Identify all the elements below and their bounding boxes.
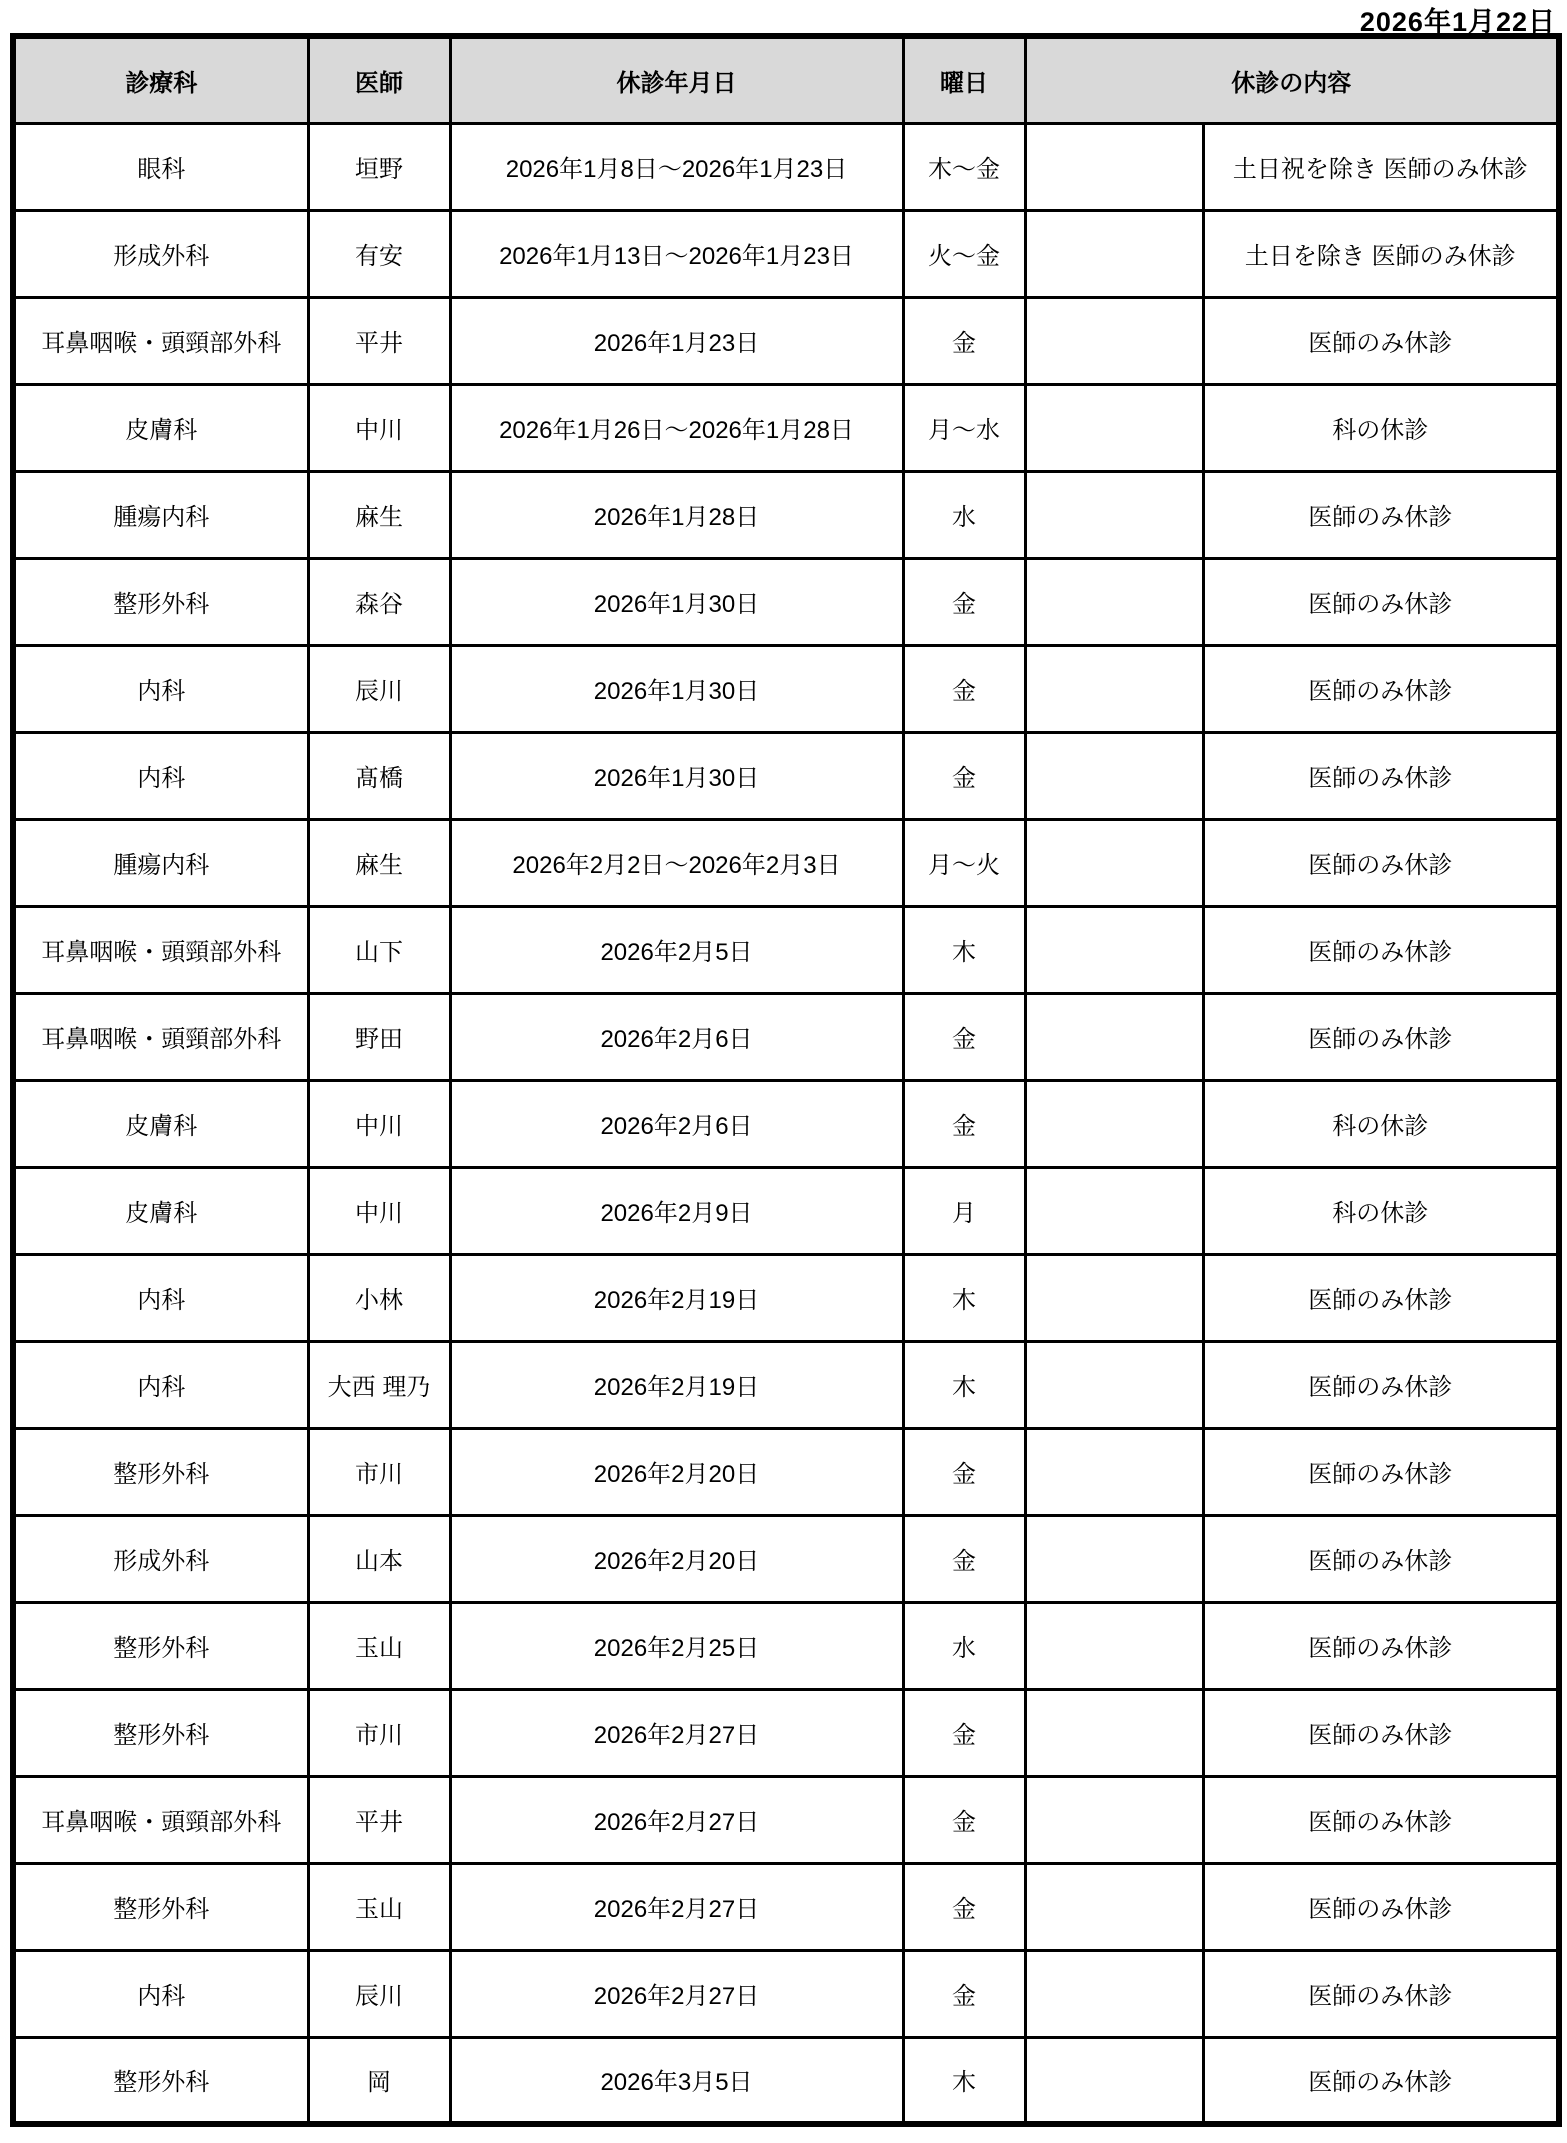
details-spacer-cell bbox=[1025, 1080, 1203, 1167]
department-cell: 皮膚科 bbox=[13, 1167, 308, 1254]
day-of-week-cell: 金 bbox=[903, 1863, 1025, 1950]
table-row: 皮膚科 中川 2026年2月6日 金 科の休診 bbox=[13, 1080, 1559, 1167]
day-of-week-cell: 月～火 bbox=[903, 819, 1025, 906]
details-spacer-cell bbox=[1025, 2037, 1203, 2124]
department-cell: 整形外科 bbox=[13, 1863, 308, 1950]
details-cell: 医師のみ休診 bbox=[1203, 1602, 1559, 1689]
closure-date-cell: 2026年2月9日 bbox=[450, 1167, 903, 1254]
doctor-cell: 平井 bbox=[308, 1776, 450, 1863]
details-spacer-cell bbox=[1025, 210, 1203, 297]
table-body: 眼科 垣野 2026年1月8日～2026年1月23日 木～金 土日祝を除き 医師… bbox=[13, 123, 1559, 2124]
doctor-cell: 平井 bbox=[308, 297, 450, 384]
details-spacer-cell bbox=[1025, 1689, 1203, 1776]
doctor-cell: 小林 bbox=[308, 1254, 450, 1341]
details-cell: 医師のみ休診 bbox=[1203, 732, 1559, 819]
day-of-week-cell: 水 bbox=[903, 471, 1025, 558]
closure-date-cell: 2026年2月27日 bbox=[450, 1950, 903, 2037]
department-cell: 整形外科 bbox=[13, 1689, 308, 1776]
details-cell: 医師のみ休診 bbox=[1203, 1776, 1559, 1863]
details-spacer-cell bbox=[1025, 732, 1203, 819]
details-spacer-cell bbox=[1025, 1863, 1203, 1950]
doctor-cell: 中川 bbox=[308, 384, 450, 471]
table-row: 整形外科 市川 2026年2月20日 金 医師のみ休診 bbox=[13, 1428, 1559, 1515]
header-doctor: 医師 bbox=[308, 36, 450, 123]
closure-date-cell: 2026年2月27日 bbox=[450, 1689, 903, 1776]
details-cell: 医師のみ休診 bbox=[1203, 1950, 1559, 2037]
day-of-week-cell: 火～金 bbox=[903, 210, 1025, 297]
closure-date-cell: 2026年1月13日～2026年1月23日 bbox=[450, 210, 903, 297]
table-row: 腫瘍内科 麻生 2026年2月2日～2026年2月3日 月～火 医師のみ休診 bbox=[13, 819, 1559, 906]
doctor-cell: 麻生 bbox=[308, 819, 450, 906]
closure-date-cell: 2026年1月30日 bbox=[450, 645, 903, 732]
table-row: 整形外科 森谷 2026年1月30日 金 医師のみ休診 bbox=[13, 558, 1559, 645]
table-row: 整形外科 玉山 2026年2月25日 水 医師のみ休診 bbox=[13, 1602, 1559, 1689]
details-cell: 医師のみ休診 bbox=[1203, 471, 1559, 558]
day-of-week-cell: 金 bbox=[903, 1950, 1025, 2037]
closure-date-cell: 2026年1月30日 bbox=[450, 732, 903, 819]
details-spacer-cell bbox=[1025, 384, 1203, 471]
details-cell: 土日を除き 医師のみ休診 bbox=[1203, 210, 1559, 297]
doctor-cell: 玉山 bbox=[308, 1602, 450, 1689]
day-of-week-cell: 木～金 bbox=[903, 123, 1025, 210]
table-row: 形成外科 山本 2026年2月20日 金 医師のみ休診 bbox=[13, 1515, 1559, 1602]
details-cell: 医師のみ休診 bbox=[1203, 1515, 1559, 1602]
details-cell: 医師のみ休診 bbox=[1203, 1341, 1559, 1428]
table-row: 内科 小林 2026年2月19日 木 医師のみ休診 bbox=[13, 1254, 1559, 1341]
closure-date-cell: 2026年1月8日～2026年1月23日 bbox=[450, 123, 903, 210]
doctor-cell: 野田 bbox=[308, 993, 450, 1080]
details-spacer-cell bbox=[1025, 123, 1203, 210]
details-spacer-cell bbox=[1025, 1341, 1203, 1428]
day-of-week-cell: 水 bbox=[903, 1602, 1025, 1689]
day-of-week-cell: 金 bbox=[903, 297, 1025, 384]
details-cell: 医師のみ休診 bbox=[1203, 906, 1559, 993]
details-spacer-cell bbox=[1025, 297, 1203, 384]
table-row: 耳鼻咽喉・頭頸部外科 平井 2026年1月23日 金 医師のみ休診 bbox=[13, 297, 1559, 384]
closure-date-cell: 2026年2月6日 bbox=[450, 993, 903, 1080]
closure-date-cell: 2026年3月5日 bbox=[450, 2037, 903, 2124]
day-of-week-cell: 金 bbox=[903, 558, 1025, 645]
closure-date-cell: 2026年1月23日 bbox=[450, 297, 903, 384]
doctor-cell: 玉山 bbox=[308, 1863, 450, 1950]
day-of-week-cell: 金 bbox=[903, 1689, 1025, 1776]
details-cell: 医師のみ休診 bbox=[1203, 1428, 1559, 1515]
header-department: 診療科 bbox=[13, 36, 308, 123]
details-spacer-cell bbox=[1025, 906, 1203, 993]
doctor-cell: 岡 bbox=[308, 2037, 450, 2124]
table-row: 内科 大西 理乃 2026年2月19日 木 医師のみ休診 bbox=[13, 1341, 1559, 1428]
table-row: 皮膚科 中川 2026年1月26日～2026年1月28日 月～水 科の休診 bbox=[13, 384, 1559, 471]
details-cell: 科の休診 bbox=[1203, 1080, 1559, 1167]
department-cell: 整形外科 bbox=[13, 2037, 308, 2124]
department-cell: 内科 bbox=[13, 645, 308, 732]
header-row: 診療科 医師 休診年月日 曜日 休診の内容 bbox=[13, 36, 1559, 123]
day-of-week-cell: 金 bbox=[903, 645, 1025, 732]
day-of-week-cell: 月～水 bbox=[903, 384, 1025, 471]
department-cell: 内科 bbox=[13, 1950, 308, 2037]
details-cell: 医師のみ休診 bbox=[1203, 1254, 1559, 1341]
details-spacer-cell bbox=[1025, 1428, 1203, 1515]
closure-date-cell: 2026年2月20日 bbox=[450, 1428, 903, 1515]
doctor-cell: 森谷 bbox=[308, 558, 450, 645]
day-of-week-cell: 木 bbox=[903, 1341, 1025, 1428]
doctor-cell: 山下 bbox=[308, 906, 450, 993]
details-spacer-cell bbox=[1025, 471, 1203, 558]
department-cell: 形成外科 bbox=[13, 210, 308, 297]
department-cell: 耳鼻咽喉・頭頸部外科 bbox=[13, 1776, 308, 1863]
closure-date-cell: 2026年2月27日 bbox=[450, 1863, 903, 1950]
day-of-week-cell: 金 bbox=[903, 732, 1025, 819]
doctor-cell: 麻生 bbox=[308, 471, 450, 558]
closure-date-cell: 2026年2月19日 bbox=[450, 1341, 903, 1428]
details-cell: 医師のみ休診 bbox=[1203, 2037, 1559, 2124]
details-cell: 医師のみ休診 bbox=[1203, 1689, 1559, 1776]
department-cell: 皮膚科 bbox=[13, 384, 308, 471]
doctor-cell: 市川 bbox=[308, 1428, 450, 1515]
table-row: 耳鼻咽喉・頭頸部外科 野田 2026年2月6日 金 医師のみ休診 bbox=[13, 993, 1559, 1080]
details-spacer-cell bbox=[1025, 558, 1203, 645]
department-cell: 整形外科 bbox=[13, 558, 308, 645]
day-of-week-cell: 金 bbox=[903, 1515, 1025, 1602]
details-cell: 医師のみ休診 bbox=[1203, 993, 1559, 1080]
details-spacer-cell bbox=[1025, 1254, 1203, 1341]
details-cell: 医師のみ休診 bbox=[1203, 297, 1559, 384]
table-row: 耳鼻咽喉・頭頸部外科 山下 2026年2月5日 木 医師のみ休診 bbox=[13, 906, 1559, 993]
details-spacer-cell bbox=[1025, 1602, 1203, 1689]
page: 2026年1月22日 診療科 医師 休診年月日 曜日 休診の内容 眼科 垣野 2… bbox=[0, 0, 1567, 2143]
details-cell: 医師のみ休診 bbox=[1203, 819, 1559, 906]
details-spacer-cell bbox=[1025, 993, 1203, 1080]
details-cell: 医師のみ休診 bbox=[1203, 1863, 1559, 1950]
closure-date-cell: 2026年1月26日～2026年1月28日 bbox=[450, 384, 903, 471]
department-cell: 眼科 bbox=[13, 123, 308, 210]
details-spacer-cell bbox=[1025, 645, 1203, 732]
doctor-cell: 中川 bbox=[308, 1080, 450, 1167]
details-cell: 科の休診 bbox=[1203, 384, 1559, 471]
closure-date-cell: 2026年2月27日 bbox=[450, 1776, 903, 1863]
table-row: 内科 辰川 2026年2月27日 金 医師のみ休診 bbox=[13, 1950, 1559, 2037]
doctor-cell: 市川 bbox=[308, 1689, 450, 1776]
table-row: 内科 髙橋 2026年1月30日 金 医師のみ休診 bbox=[13, 732, 1559, 819]
department-cell: 整形外科 bbox=[13, 1428, 308, 1515]
closure-schedule-table: 診療科 医師 休診年月日 曜日 休診の内容 眼科 垣野 2026年1月8日～20… bbox=[10, 33, 1562, 2127]
closure-date-cell: 2026年1月30日 bbox=[450, 558, 903, 645]
details-cell: 科の休診 bbox=[1203, 1167, 1559, 1254]
department-cell: 耳鼻咽喉・頭頸部外科 bbox=[13, 297, 308, 384]
table-row: 耳鼻咽喉・頭頸部外科 平井 2026年2月27日 金 医師のみ休診 bbox=[13, 1776, 1559, 1863]
doctor-cell: 大西 理乃 bbox=[308, 1341, 450, 1428]
day-of-week-cell: 月 bbox=[903, 1167, 1025, 1254]
closure-date-cell: 2026年2月19日 bbox=[450, 1254, 903, 1341]
day-of-week-cell: 金 bbox=[903, 993, 1025, 1080]
day-of-week-cell: 木 bbox=[903, 2037, 1025, 2124]
day-of-week-cell: 金 bbox=[903, 1080, 1025, 1167]
doctor-cell: 辰川 bbox=[308, 1950, 450, 2037]
table-row: 整形外科 玉山 2026年2月27日 金 医師のみ休診 bbox=[13, 1863, 1559, 1950]
table-header: 診療科 医師 休診年月日 曜日 休診の内容 bbox=[13, 36, 1559, 123]
doctor-cell: 垣野 bbox=[308, 123, 450, 210]
header-details: 休診の内容 bbox=[1025, 36, 1559, 123]
department-cell: 耳鼻咽喉・頭頸部外科 bbox=[13, 993, 308, 1080]
doctor-cell: 山本 bbox=[308, 1515, 450, 1602]
table-row: 整形外科 岡 2026年3月5日 木 医師のみ休診 bbox=[13, 2037, 1559, 2124]
doctor-cell: 中川 bbox=[308, 1167, 450, 1254]
doctor-cell: 有安 bbox=[308, 210, 450, 297]
closure-date-cell: 2026年2月20日 bbox=[450, 1515, 903, 1602]
department-cell: 内科 bbox=[13, 1341, 308, 1428]
details-cell: 土日祝を除き 医師のみ休診 bbox=[1203, 123, 1559, 210]
details-spacer-cell bbox=[1025, 1167, 1203, 1254]
department-cell: 内科 bbox=[13, 1254, 308, 1341]
table-row: 皮膚科 中川 2026年2月9日 月 科の休診 bbox=[13, 1167, 1559, 1254]
day-of-week-cell: 木 bbox=[903, 906, 1025, 993]
header-date: 休診年月日 bbox=[450, 36, 903, 123]
table-row: 腫瘍内科 麻生 2026年1月28日 水 医師のみ休診 bbox=[13, 471, 1559, 558]
table-row: 整形外科 市川 2026年2月27日 金 医師のみ休診 bbox=[13, 1689, 1559, 1776]
table-row: 形成外科 有安 2026年1月13日～2026年1月23日 火～金 土日を除き … bbox=[13, 210, 1559, 297]
department-cell: 内科 bbox=[13, 732, 308, 819]
details-cell: 医師のみ休診 bbox=[1203, 558, 1559, 645]
department-cell: 腫瘍内科 bbox=[13, 471, 308, 558]
department-cell: 皮膚科 bbox=[13, 1080, 308, 1167]
details-spacer-cell bbox=[1025, 1776, 1203, 1863]
details-cell: 医師のみ休診 bbox=[1203, 645, 1559, 732]
closure-date-cell: 2026年2月2日～2026年2月3日 bbox=[450, 819, 903, 906]
header-day: 曜日 bbox=[903, 36, 1025, 123]
department-cell: 整形外科 bbox=[13, 1602, 308, 1689]
day-of-week-cell: 木 bbox=[903, 1254, 1025, 1341]
table-row: 眼科 垣野 2026年1月8日～2026年1月23日 木～金 土日祝を除き 医師… bbox=[13, 123, 1559, 210]
department-cell: 形成外科 bbox=[13, 1515, 308, 1602]
day-of-week-cell: 金 bbox=[903, 1776, 1025, 1863]
doctor-cell: 髙橋 bbox=[308, 732, 450, 819]
doctor-cell: 辰川 bbox=[308, 645, 450, 732]
closure-date-cell: 2026年2月6日 bbox=[450, 1080, 903, 1167]
details-spacer-cell bbox=[1025, 819, 1203, 906]
closure-date-cell: 2026年2月5日 bbox=[450, 906, 903, 993]
department-cell: 耳鼻咽喉・頭頸部外科 bbox=[13, 906, 308, 993]
details-spacer-cell bbox=[1025, 1950, 1203, 2037]
details-spacer-cell bbox=[1025, 1515, 1203, 1602]
closure-date-cell: 2026年1月28日 bbox=[450, 471, 903, 558]
closure-date-cell: 2026年2月25日 bbox=[450, 1602, 903, 1689]
table-row: 内科 辰川 2026年1月30日 金 医師のみ休診 bbox=[13, 645, 1559, 732]
department-cell: 腫瘍内科 bbox=[13, 819, 308, 906]
day-of-week-cell: 金 bbox=[903, 1428, 1025, 1515]
